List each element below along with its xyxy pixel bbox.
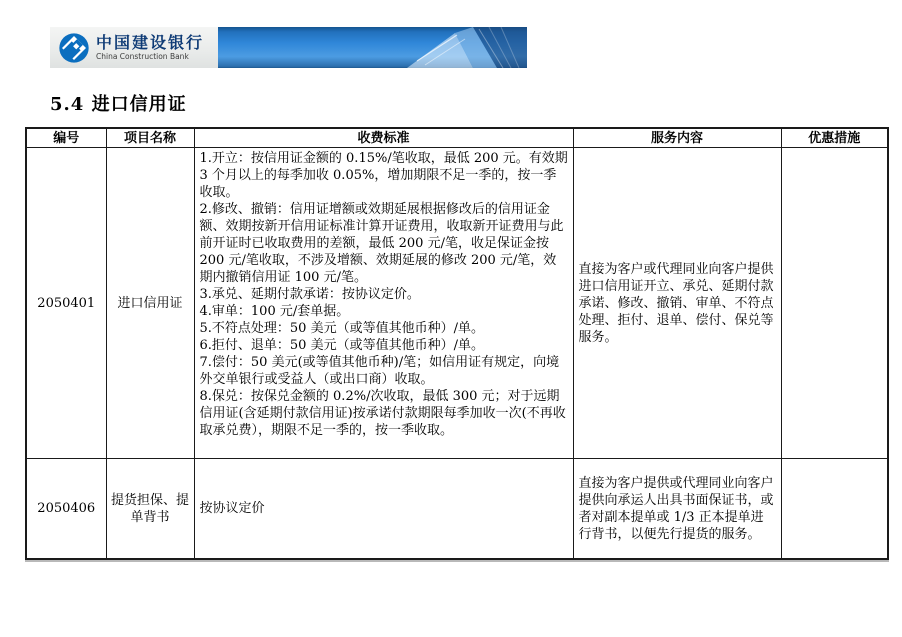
row-discount [781, 459, 888, 560]
fee-item: 6.拒付、退单：50 美元（或等值其他币种）/单。 [200, 337, 569, 354]
building-image [377, 27, 527, 68]
table-header-row: 编号 项目名称 收费标准 服务内容 优惠措施 [26, 128, 888, 148]
fee-item: 1.开立：按信用证金额的 0.15%/笔收取，最低 200 元。有效期 3 个月… [200, 150, 569, 201]
fee-item: 4.审单：100 元/套单据。 [200, 303, 569, 320]
bank-name-cn: 中国建设银行 [96, 35, 204, 51]
table-row: 2050401 进口信用证 1.开立：按信用证金额的 0.15%/笔收取，最低 … [26, 148, 888, 459]
fee-item: 按协议定价 [200, 500, 569, 517]
bank-name-block: 中国建设银行 China Construction Bank [96, 35, 204, 61]
row-item-name: 进口信用证 [106, 148, 194, 459]
ccb-logo-icon [58, 32, 90, 64]
row-service-content: 直接为客户或代理同业向客户提供进口信用证开立、承兑、延期付款承诺、修改、撤销、审… [573, 148, 781, 459]
header-code: 编号 [26, 128, 106, 148]
row-code: 2050406 [26, 459, 106, 560]
row-code: 2050401 [26, 148, 106, 459]
row-service-content: 直接为客户提供或代理同业向客户提供向承运人出具书面保证书，或者对副本提单或 1/… [573, 459, 781, 560]
row-fee-standard: 1.开立：按信用证金额的 0.15%/笔收取，最低 200 元。有效期 3 个月… [194, 148, 573, 459]
row-fee-standard: 按协议定价 [194, 459, 573, 560]
header-service-content: 服务内容 [573, 128, 781, 148]
document-page: 中国建设银行 China Construction Bank 5.4 进口信用证 [0, 0, 902, 637]
fee-schedule-table: 编号 项目名称 收费标准 服务内容 优惠措施 2050401 进口信用证 1.开… [25, 127, 889, 560]
bank-name-en: China Construction Bank [96, 53, 204, 61]
bank-logo-panel: 中国建设银行 China Construction Bank [50, 27, 218, 68]
fee-item: 5.不符点处理：50 美元（或等值其他币种）/单。 [200, 320, 569, 337]
banner-blue-strip [218, 27, 527, 68]
section-title: 5.4 进口信用证 [50, 90, 187, 116]
header-discount: 优惠措施 [781, 128, 888, 148]
fee-item: 2.修改、撤销：信用证增额或效期延展根据修改后的信用证金额、效期按新开信用证标准… [200, 201, 569, 286]
header-item-name: 项目名称 [106, 128, 194, 148]
row-discount [781, 148, 888, 459]
fee-item: 7.偿付：50 美元(或等值其他币种)/笔；如信用证有规定，向境外交单银行或受益… [200, 354, 569, 388]
table-row: 2050406 提货担保、提单背书 按协议定价 直接为客户提供或代理同业向客户提… [26, 459, 888, 560]
fee-item: 8.保兑：按保兑金额的 0.2%/次收取，最低 300 元；对于远期信用证(含延… [200, 388, 569, 439]
fee-item: 3.承兑、延期付款承诺：按协议定价。 [200, 286, 569, 303]
bank-banner: 中国建设银行 China Construction Bank [50, 27, 527, 68]
header-fee-standard: 收费标准 [194, 128, 573, 148]
row-item-name: 提货担保、提单背书 [106, 459, 194, 560]
